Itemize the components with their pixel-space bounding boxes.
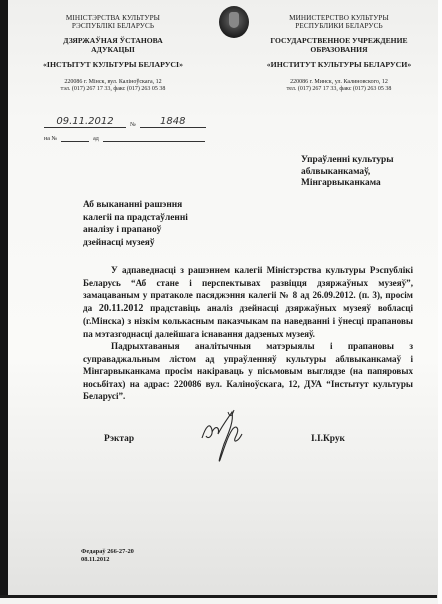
institute-name: «ИНСТИТУТ КУЛЬТУРЫ БЕЛАРУСИ» xyxy=(244,61,434,70)
phone: тел. (017) 267 17 33, факс (017) 263 05 … xyxy=(244,86,434,93)
signer-name: І.І.Крук xyxy=(311,434,345,444)
outgoing-date: 09.11.2012 xyxy=(44,116,126,128)
paragraph-1: У адпаведнасці з рашэннем калегіі Мініст… xyxy=(83,264,413,340)
scan-edge-right xyxy=(438,0,442,604)
executor-contact: Федараў 266-27-20 xyxy=(81,548,134,556)
outgoing-number: 1848 xyxy=(140,116,206,128)
ministry-line-1: МИНИСТЕРСТВО КУЛЬТУРЫ xyxy=(244,14,434,22)
subject-line-4: дзейнасці музеяў xyxy=(83,237,188,250)
letterhead-belarusian: МІНІСТЭРСТВА КУЛЬТУРЫ РЭСПУБЛІКІ БЕЛАРУС… xyxy=(18,14,208,93)
institute-name: «ІНСТЫТУТ КУЛЬТУРЫ БЕЛАРУСІ» xyxy=(18,61,208,70)
scan-edge-left xyxy=(0,0,8,598)
subject-line-1: Аб выкананні рашэння xyxy=(83,199,188,212)
registration-block: 09.11.2012 № 1848 на № ад xyxy=(44,112,210,142)
address: 220086 г. Мінск, вул. Калiноўскага, 12 xyxy=(18,79,208,86)
number-label: № xyxy=(130,122,136,128)
scan-edge-bottom xyxy=(0,595,437,598)
addressee-line-2: аблвыканкамаў, xyxy=(301,167,394,179)
phone: тэл. (017) 267 17 33, факс (017) 263 05 … xyxy=(18,86,208,93)
org-line-1: ГОСУДАРСТВЕННОЕ УЧРЕЖДЕНИЕ xyxy=(244,37,434,46)
org-line-1: ДЗЯРЖАЎНАЯ ЎСТАНОВА xyxy=(18,37,208,46)
subject: Аб выкананні рашэння калегіі па прадстаў… xyxy=(83,199,188,249)
deadline-date: 20.11.2012 xyxy=(99,303,143,314)
ref-number-field xyxy=(61,133,89,142)
outgoing-registration: 09.11.2012 № 1848 xyxy=(44,112,210,128)
ministry-line-1: МІНІСТЭРСТВА КУЛЬТУРЫ xyxy=(18,14,208,22)
emblem-shield-icon xyxy=(229,12,239,28)
ministry-line-2: РЕСПУБЛИКИ БЕЛАРУСЬ xyxy=(244,22,434,30)
subject-line-2: калегіі па прадстаўленні xyxy=(83,212,188,225)
paragraph-2: Падрыхтаваныя аналітычныя матэрыялы і пр… xyxy=(83,340,413,403)
org-line-2: АДУКАЦЫІ xyxy=(18,46,208,55)
executor-date: 08.11.2012 xyxy=(81,556,134,564)
letterhead-russian: МИНИСТЕРСТВО КУЛЬТУРЫ РЕСПУБЛИКИ БЕЛАРУС… xyxy=(244,14,434,93)
org-line-2: ОБРАЗОВАНИЯ xyxy=(244,46,434,55)
ministry-line-2: РЭСПУБЛІКІ БЕЛАРУСЬ xyxy=(18,22,208,30)
executor-footer: Федараў 266-27-20 08.11.2012 xyxy=(81,548,134,564)
ref-date-field xyxy=(103,133,205,142)
subject-line-3: аналізу і прапаноў xyxy=(83,224,188,237)
ref-date-label: ад xyxy=(93,136,99,142)
signer-title: Рэктар xyxy=(104,434,134,444)
addressee-line-1: Упраўленні культуры xyxy=(301,155,394,167)
addressee: Упраўленні культуры аблвыканкамаў, Мінга… xyxy=(301,155,394,190)
addressee-line-3: Мінгарвыканкама xyxy=(301,178,394,190)
incoming-reference: на № ад xyxy=(44,128,210,142)
ref-number-label: на № xyxy=(44,136,57,142)
address: 220086 г. Минск, ул. Калиновского, 12 xyxy=(244,79,434,86)
handwritten-signature-icon xyxy=(198,408,248,466)
document-page: МІНІСТЭРСТВА КУЛЬТУРЫ РЭСПУБЛІКІ БЕЛАРУС… xyxy=(0,0,442,598)
letter-body: У адпаведнасці з рашэннем калегіі Мініст… xyxy=(83,264,413,403)
